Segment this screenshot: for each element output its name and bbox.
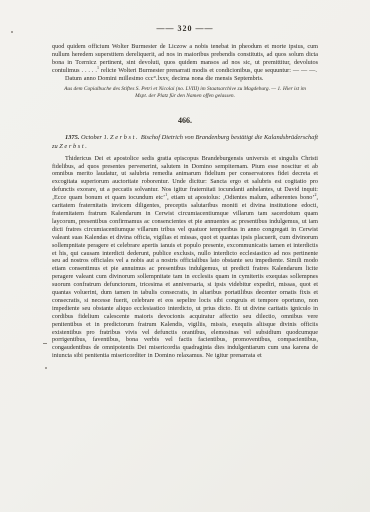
scan-speck <box>11 31 13 33</box>
heading-place-repeat: Zerbst. <box>59 143 88 150</box>
body-text-3: , caritatem fraternitatis invicem dilige… <box>52 194 318 359</box>
continuation-paragraph: quod quidem officium Wolter Burmester de… <box>52 43 318 75</box>
scanned-book-page: —— 320 —— quod quidem officium Wolter Bu… <box>0 0 370 512</box>
heading-place: Zerbst. <box>110 134 139 141</box>
document-number: 466. <box>52 116 318 125</box>
scan-speck <box>43 343 47 344</box>
continuation-text-after: relicte Wolteri Burmester prenarrati mod… <box>99 67 317 74</box>
document-heading: 1375. October 1. Zerbst. Bischof Dietric… <box>52 133 318 151</box>
heading-date-detail: October 1. <box>79 134 110 141</box>
datum-line: Datum anno Domini millesimo ccc°.lxxv, d… <box>52 75 318 83</box>
page-number: —— 320 —— <box>52 24 318 33</box>
heading-year: 1375. <box>65 134 79 141</box>
document-body: Thidericus Dei et apostolice sedis grati… <box>52 155 318 361</box>
page-content: —— 320 —— quod quidem officium Wolter Bu… <box>52 24 318 360</box>
scan-speck <box>45 367 47 369</box>
source-note: Aus dem Copialbuche des Stiftes S. Petri… <box>62 86 308 100</box>
body-text-2: , etiam ut apostolus: ‚Odientes malum, a… <box>167 194 314 201</box>
